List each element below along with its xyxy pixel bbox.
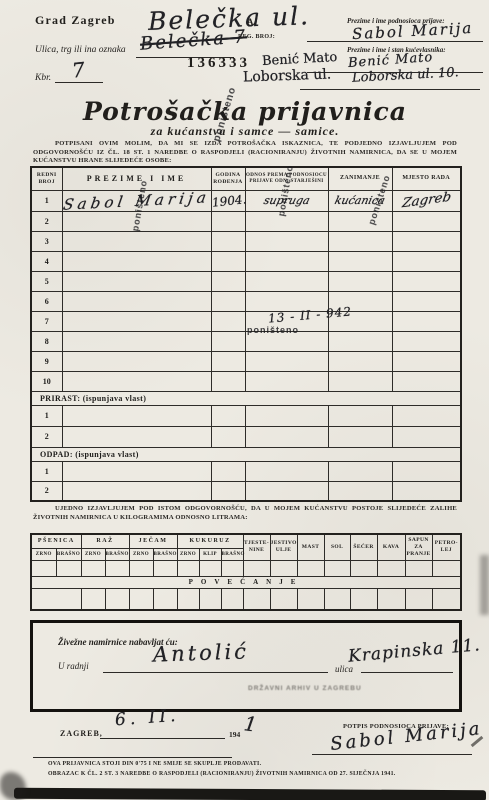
- col-header-kukuruz: KUKURUZ: [177, 534, 243, 548]
- members-header-row: REDNI BROJ PREZIME I IME GODINA ROĐENJA …: [31, 167, 461, 190]
- form-title: Potrošačka prijavnica: [45, 97, 445, 126]
- street-field-label: Ulica, trg ili ina oznaka: [35, 45, 126, 55]
- reg-number-label: REG. BROJ:: [238, 34, 275, 40]
- shop-name-line: [103, 672, 328, 673]
- supplies-value-row: [31, 560, 461, 576]
- member-row: 8: [31, 331, 461, 351]
- col-header-raz: RAŽ: [81, 534, 129, 548]
- povecanje-row: POVEĆANJE: [31, 576, 461, 588]
- row-number: 1: [31, 405, 62, 426]
- member-row: 2: [31, 211, 461, 231]
- signoff-date-handwritten: 6. II.: [114, 706, 180, 730]
- odpad-row: 1: [31, 461, 461, 481]
- row-number: 2: [31, 481, 62, 501]
- reg-number-value: 136333: [187, 55, 250, 72]
- supplies-group-header-row: PŠENICA RAŽ JEČAM KUKURUZ TJESTE-NINE JE…: [31, 534, 461, 548]
- odpad-label-row: ODPAD: (ispunjava vlast): [31, 447, 461, 461]
- subcol-zrno: ZRNO: [81, 548, 105, 560]
- supplies-table: PŠENICA RAŽ JEČAM KUKURUZ TJESTE-NINE JE…: [30, 533, 462, 611]
- subcol-brasno: BRAŠNO: [221, 548, 243, 560]
- col-header-redni-broj: REDNI BROJ: [31, 167, 62, 190]
- street-suffix: A.: [247, 17, 256, 27]
- applicant-name-line: [307, 41, 483, 42]
- col-header-mast: MAST: [297, 534, 324, 560]
- signoff-date-line: [100, 738, 225, 739]
- scan-edge-bar: [14, 788, 486, 800]
- footer-rule: [33, 757, 232, 758]
- member-row: 6: [31, 291, 461, 311]
- odpad-section-label: ODPAD: (ispunjava vlast): [31, 447, 461, 461]
- row-number: 1: [31, 190, 62, 211]
- col-header-petrolej: PETRO-LEJ: [432, 534, 461, 560]
- house-number-handwritten: 7: [71, 57, 86, 82]
- purchase-box: Živežne namirnice nabavljat ću: U radnji…: [30, 620, 462, 712]
- intro-paragraph: POTPISANI OVIM MOLIM, DA MI SE IZDA POTR…: [33, 140, 457, 166]
- row-number: 2: [31, 426, 62, 447]
- signature-line: [312, 754, 472, 755]
- city-heading: Grad Zagreb: [35, 13, 116, 28]
- signoff-year-handwritten: 1: [242, 711, 258, 737]
- odpad-row: 2: [31, 481, 461, 501]
- prirast-row: 2: [31, 426, 461, 447]
- member-row: 5: [31, 271, 461, 291]
- povecanje-label: POVEĆANJE: [31, 576, 461, 588]
- form-subtitle: za kućanstva i samce — samice.: [45, 124, 445, 139]
- archive-stamp: DRŽAVNI ARHIV U ZAGREBU: [248, 685, 362, 692]
- prirast-row: 1: [31, 405, 461, 426]
- footer-note-2: OBRAZAC K ČL. 2 ST. 3 NAREDBE O RASPODJE…: [48, 771, 396, 777]
- row-number: 1: [31, 461, 62, 481]
- shop-name-handwritten: Antolić: [153, 639, 250, 666]
- subcol-zrno: ZRNO: [129, 548, 153, 560]
- shop-street-line: [361, 672, 453, 673]
- member-year-handwritten: 1904.: [211, 192, 247, 210]
- landlord-street-line: [300, 89, 480, 90]
- povecanje-value-row: [31, 588, 461, 610]
- member-row: 3: [31, 231, 461, 251]
- row-number: 5: [31, 271, 62, 291]
- col-header-kava: KAVA: [377, 534, 405, 560]
- row-number: 3: [31, 231, 62, 251]
- col-header-mjesto-rada: MJESTO RADA: [392, 167, 461, 190]
- subcol-zrno: ZRNO: [177, 548, 199, 560]
- col-header-tjestenine: TJESTE-NINE: [243, 534, 270, 560]
- household-members-table: REDNI BROJ PREZIME I IME GODINA ROĐENJA …: [30, 166, 462, 502]
- row-number: 7: [31, 311, 62, 331]
- subcol-brasno: BRAŠNO: [105, 548, 129, 560]
- scanned-form-page: Grad Zagreb Belečka ul. A. Ulica, trg il…: [0, 0, 489, 800]
- member-row: 1 Sabol Marija 1904. supruga kućanica Za…: [31, 190, 461, 211]
- col-header-jecam: JEČAM: [129, 534, 177, 548]
- scan-smudge: [0, 772, 26, 800]
- landlord-street-handwritten: Loborska ul.: [243, 66, 332, 85]
- subcol-zrno: ZRNO: [31, 548, 56, 560]
- col-header-psenica: PŠENICA: [31, 534, 81, 548]
- row-number: 10: [31, 371, 62, 391]
- house-number-label: Kbr.: [35, 73, 51, 83]
- col-header-jestivo-ulje: JESTIVO ULJE: [270, 534, 297, 560]
- signoff-city-label: ZAGREB,: [60, 729, 103, 738]
- scan-smudge: [480, 555, 489, 615]
- house-number-line: [55, 82, 103, 83]
- row-number: 2: [31, 211, 62, 231]
- col-header-sapun: SAPUN ZA PRANJE: [405, 534, 432, 560]
- row-number: 8: [31, 331, 62, 351]
- supplies-intro-paragraph: UJEDNO IZJAVLJUJEM POD ISTOM ODGOVORNOŠĆ…: [33, 505, 457, 522]
- prirast-label-row: PRIRAST: (ispunjava vlast): [31, 391, 461, 405]
- row-number: 9: [31, 351, 62, 371]
- col-header-prezime-ime: PREZIME I IME: [62, 167, 211, 190]
- prirast-section-label: PRIRAST: (ispunjava vlast): [31, 391, 461, 405]
- member-row: 7: [31, 311, 461, 331]
- member-row: 4: [31, 251, 461, 271]
- subcol-brasno: BRAŠNO: [153, 548, 177, 560]
- subcol-brasno: BRAŠNO: [56, 548, 81, 560]
- shop-label: U radnji: [58, 661, 89, 671]
- subcol-klip: KLIP: [199, 548, 221, 560]
- col-header-sol: SOL: [324, 534, 350, 560]
- member-row: 9: [31, 351, 461, 371]
- signoff-year-printed: 194: [229, 730, 240, 739]
- footer-note-1: OVA PRIJAVNICA STOJI DIN 0'75 I NE SMIJE…: [48, 761, 261, 767]
- col-header-godina: GODINA ROĐENJA: [211, 167, 245, 190]
- member-workplace-handwritten: Zagreb: [401, 190, 452, 211]
- member-row: 10: [31, 371, 461, 391]
- row-number: 6: [31, 291, 62, 311]
- col-header-secer: ŠEĆER: [350, 534, 377, 560]
- row-number: 4: [31, 251, 62, 271]
- shop-street-handwritten: Krapinska 11.: [347, 635, 481, 667]
- ponisteno-stamp: poništeno: [247, 325, 299, 335]
